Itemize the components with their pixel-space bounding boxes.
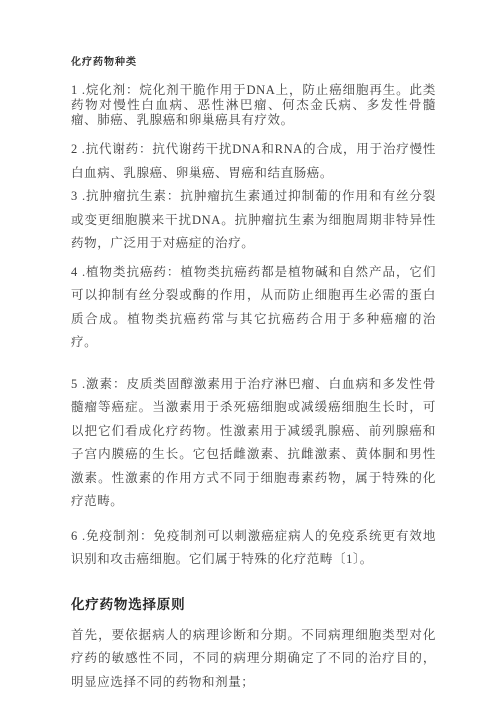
- paragraph-plant-anticancer-drugs: 4 .植物类抗癌药：植物类抗癌药都是植物碱和自然产品，它们可以抑制有丝分裂或酶的…: [71, 261, 436, 355]
- document-page: 化疗药物种类 1 .烷化剂：烷化剂干脆作用于DNA上，防止癌细胞再生。此类药物对…: [0, 0, 500, 707]
- document-title: 化疗药物种类: [71, 56, 436, 69]
- paragraph-antimetabolites: 2 .抗代谢药：抗代谢药干扰DNA和RNA的合成，用于治疗慢性白血病、乳腺癌、卵…: [71, 138, 436, 185]
- paragraph-hormones: 5 .激素：皮质类固醇激素用于治疗淋巴瘤、白血病和多发性骨髓瘤等癌症。当激素用于…: [71, 373, 436, 514]
- selection-principles-heading: 化疗药物选择原则: [71, 596, 436, 614]
- paragraph-alkylating-agents: 1 .烷化剂：烷化剂干脆作用于DNA上，防止癌细胞再生。此类药物对慢性白血病、恶…: [71, 83, 436, 128]
- paragraph-immune-agents: 6 .免疫制剂：免疫制剂可以刺激癌症病人的免疫系统更有效地识别和攻击癌细胞。它们…: [71, 525, 436, 572]
- paragraph-antitumor-antibiotics: 3 .抗肿瘤抗生素：抗肿瘤抗生素通过抑制葡的作用和有丝分裂或变更细胞膜来干扰DN…: [71, 185, 436, 256]
- paragraph-selection-principles: 首先，要依据病人的病理诊断和分期。不同病理细胞类型对化疗药的敏感性不同，不同的病…: [71, 624, 436, 695]
